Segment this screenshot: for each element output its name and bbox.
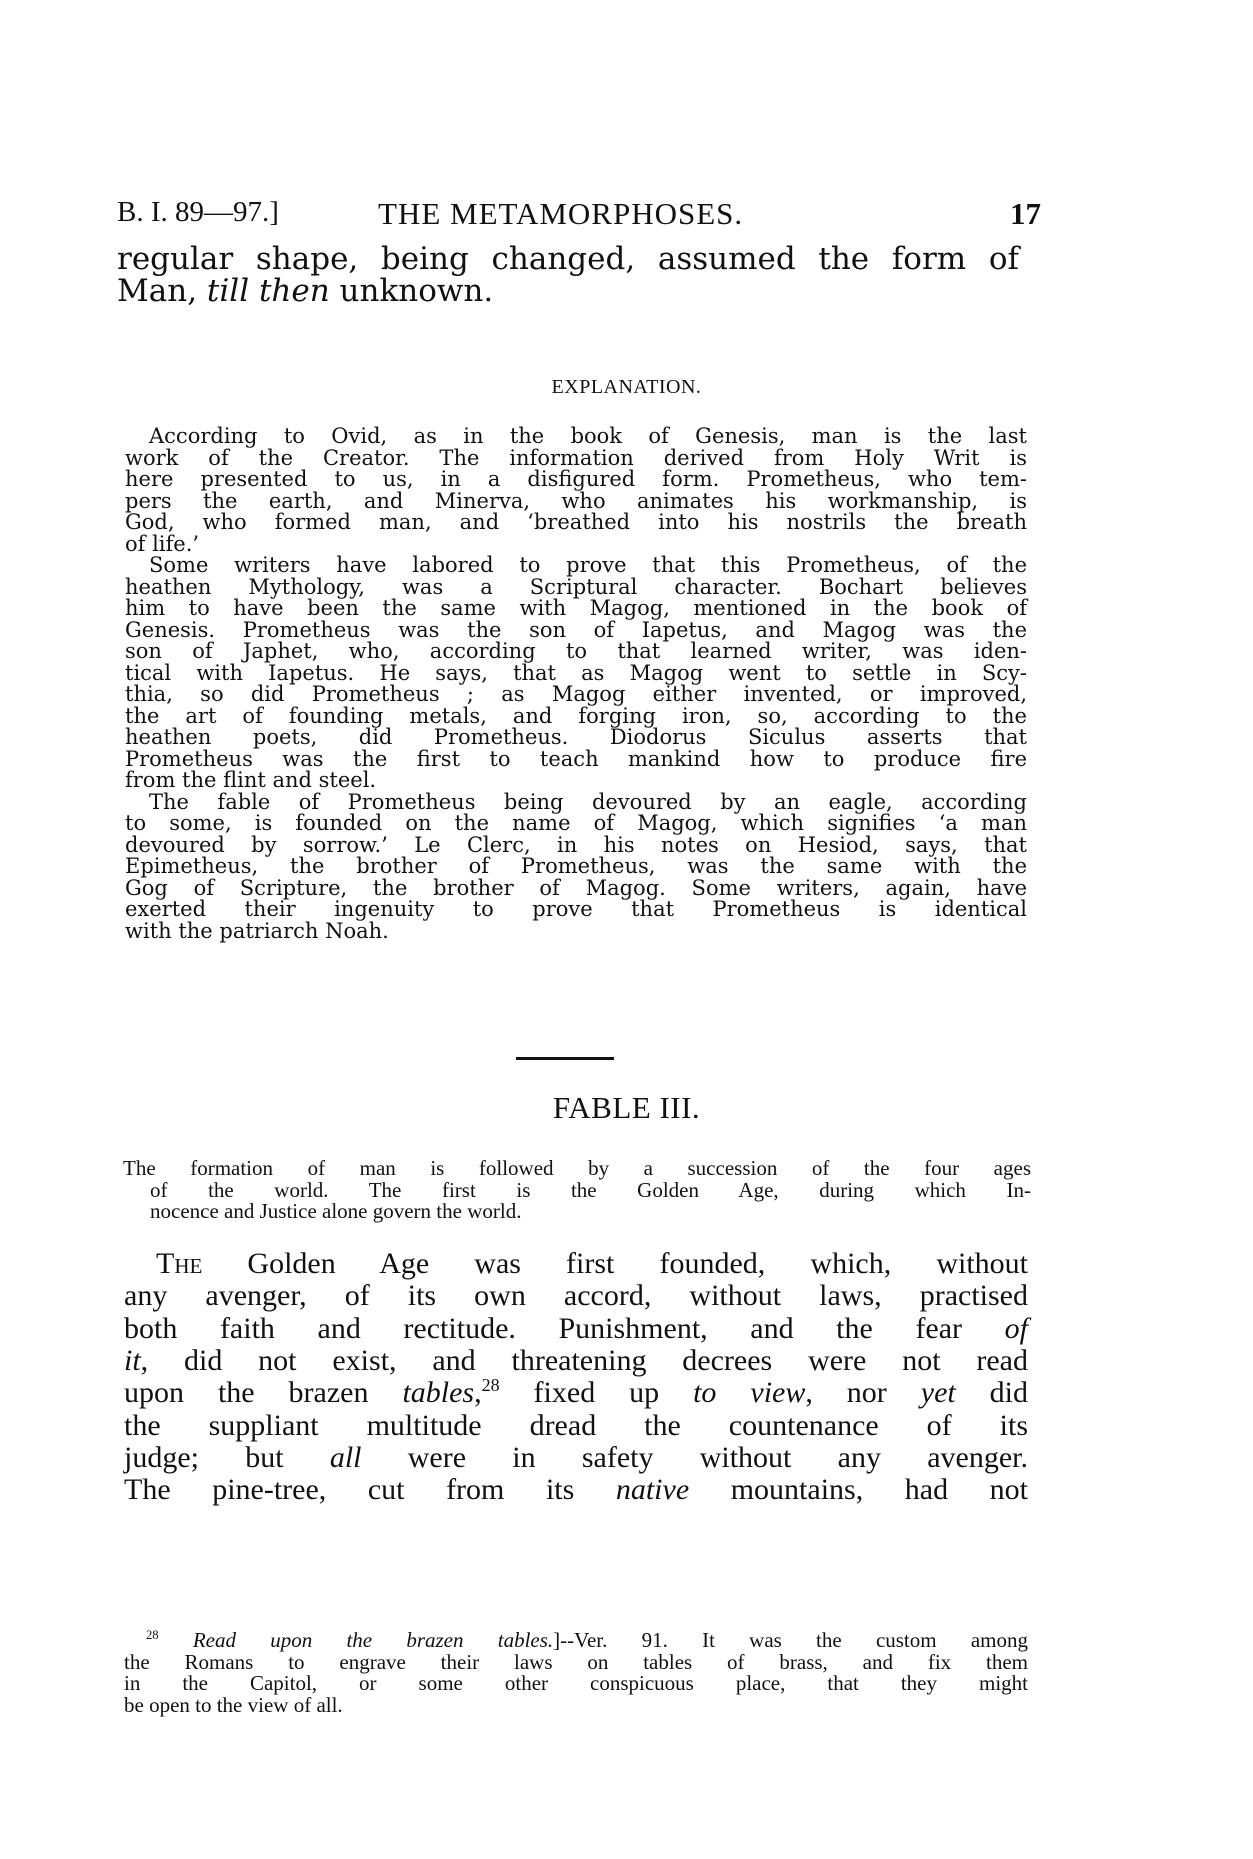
explanation-line: Epimetheus, the brother of Prometheus, w… (125, 856, 1027, 877)
fable-text-line: The Golden Age was first founded, which,… (156, 1249, 1028, 1279)
text-run: upon the brazen (124, 1376, 402, 1409)
explanation-line: the art of founding metals, and forging … (125, 706, 1027, 727)
footnote-line: in the Capitol, or some other conspicuou… (124, 1673, 1028, 1694)
text-run: mountains, had not (689, 1473, 1028, 1506)
explanation-line: from the flint and steel. (125, 770, 376, 791)
fable-text-line: The pine-tree, cut from its native mount… (124, 1475, 1028, 1505)
explanation-line: exerted their ingenuity to prove that Pr… (125, 899, 1027, 920)
text-run: did (956, 1376, 1028, 1409)
text-run: The pine-tree, cut from its (124, 1473, 616, 1506)
summary-line: of the world. The first is the Golden Ag… (150, 1180, 1031, 1201)
footnote-line: be open to the view of all. (124, 1695, 343, 1716)
italic-text: yet (921, 1376, 956, 1409)
italic-text: of (1005, 1312, 1028, 1345)
running-head-reference: B. I. 89—97.] (117, 196, 279, 229)
explanation-line: The fable of Prometheus being devoured b… (149, 792, 1027, 813)
text-run: the Romans to engrave their laws on tabl… (124, 1650, 1028, 1674)
summary-line: nocence and Justice alone govern the wor… (150, 1201, 521, 1222)
explanation-line: tical with Iapetus. He says, that as Mag… (125, 663, 1027, 684)
intro-line-1: regular shape, being changed, assumed th… (117, 244, 1019, 275)
explanation-line: son of Japhet, who, according to that le… (125, 641, 1027, 662)
text-run: , (474, 1376, 482, 1409)
text-run: be open to the view of all. (124, 1693, 343, 1717)
text-run (159, 1628, 193, 1652)
explanation-line: to some, is founded on the name of Magog… (125, 813, 1027, 834)
text-run: , nor (805, 1376, 920, 1409)
text-run: The (156, 1247, 202, 1280)
text-run: the suppliant multitude dread the counte… (124, 1409, 1028, 1442)
explanation-line: here presented to us, in a disfigured fo… (125, 469, 1027, 490)
text-run: in the Capitol, or some other conspicuou… (124, 1671, 1028, 1695)
explanation-line: thia, so did Prometheus ; as Magog eithe… (125, 684, 1027, 705)
fable-text-line: both faith and rectitude. Punishment, an… (124, 1314, 1028, 1344)
fable-text-line: judge; but all were in safety without an… (124, 1443, 1028, 1473)
text-run: ]--Ver. 91. It was the custom among (553, 1628, 1028, 1652)
fable-text-line: the suppliant multitude dread the counte… (124, 1411, 1028, 1441)
explanation-line: Gog of Scripture, the brother of Magog. … (125, 878, 1027, 899)
explanation-line: devoured by sorrow.’ Le Clerc, in his no… (125, 835, 1027, 856)
text-run: , did not exist, and threatening decrees… (141, 1344, 1028, 1377)
italic-text: it (124, 1344, 141, 1377)
summary-line: The formation of man is followed by a su… (123, 1158, 1031, 1179)
page-number: 17 (1010, 196, 1041, 232)
text-run: judge; but (124, 1441, 330, 1474)
text-run: were in safety without any avenger. (361, 1441, 1028, 1474)
explanation-line: heathen poets, did Prometheus. Diodorus … (125, 727, 1027, 748)
section-divider-rule (516, 1057, 614, 1060)
text-run: both faith and rectitude. Punishment, an… (124, 1312, 1005, 1345)
fable-title: FABLE III. (0, 1090, 1253, 1126)
text-run: any avenger, of its own accord, without … (124, 1279, 1028, 1312)
explanation-line: of life.’ (125, 534, 199, 555)
explanation-line: pers the earth, and Minerva, who animate… (125, 491, 1027, 512)
footnote-reference: 28 (146, 1628, 159, 1642)
explanation-line: Some writers have labored to prove that … (149, 555, 1027, 576)
fable-text-line: it, did not exist, and threatening decre… (124, 1346, 1028, 1376)
book-page: B. I. 89—97.] THE METAMORPHOSES. 17 regu… (0, 0, 1253, 1859)
italic-text: all (330, 1441, 362, 1474)
italic-text: tables (402, 1376, 474, 1409)
explanation-line: Prometheus was the first to teach mankin… (125, 749, 1027, 770)
intro-italic: till then (207, 273, 330, 309)
italic-text: to view (693, 1376, 805, 1409)
fable-text-line: upon the brazen tables,28 fixed up to vi… (124, 1378, 1028, 1408)
explanation-line: According to Ovid, as in the book of Gen… (149, 426, 1027, 447)
explanation-heading: EXPLANATION. (0, 376, 1253, 399)
explanation-line: with the patriarch Noah. (125, 921, 389, 942)
intro-line-2: Man, till then unknown. (117, 276, 493, 307)
footnote-line: 28 Read upon the brazen tables.]--Ver. 9… (146, 1630, 1028, 1651)
explanation-line: work of the Creator. The information der… (125, 448, 1027, 469)
explanation-line: Genesis. Prometheus was the son of Iapet… (125, 620, 1027, 641)
italic-text: native (616, 1473, 689, 1506)
footnote-line: the Romans to engrave their laws on tabl… (124, 1652, 1028, 1673)
explanation-line: him to have been the same with Magog, me… (125, 598, 1027, 619)
italic-text: Read upon the brazen tables. (193, 1628, 553, 1652)
text-run: Golden Age was first founded, which, wit… (202, 1247, 1028, 1280)
explanation-line: heathen Mythology, was a Scriptural char… (125, 577, 1027, 598)
explanation-line: God, who formed man, and ‘breathed into … (125, 512, 1027, 533)
footnote-reference: 28 (482, 1375, 500, 1395)
running-head-title: THE METAMORPHOSES. (378, 196, 743, 232)
text-run: fixed up (500, 1376, 693, 1409)
fable-text-line: any avenger, of its own accord, without … (124, 1281, 1028, 1311)
